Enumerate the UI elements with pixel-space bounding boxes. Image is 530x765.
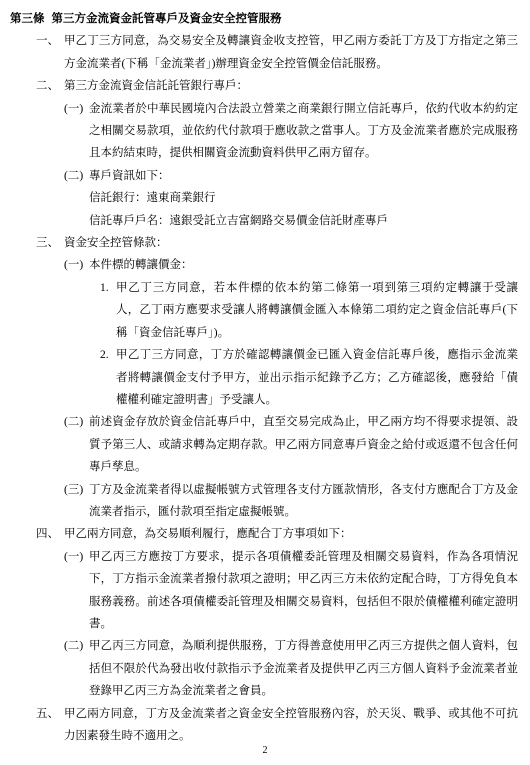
article-heading: 第三條 第三方金流資金託管專戶及資金安全控管服務 (10, 8, 518, 30)
clause-5: 五、 甲乙兩方同意，丁方及金流業者之資金安全控管服務內容，於天災、戰爭、或其他不… (36, 703, 518, 748)
clause-2-item-2: (二) 專戶資訊如下： 信託銀行：遠東商業銀行 信託專戶戶名：遠銀受託立吉富網路… (64, 165, 518, 232)
clause-2-text: 第三方金流資金信託託管銀行專戶： (64, 75, 518, 97)
clause-3-item-2: (二) 前述資金存放於資金信託專戶中，直至交易完成為止，甲乙兩方均不得要求提領、… (64, 411, 518, 478)
clause-3-item-1-num-2: 2. 甲乙丁三方同意，丁方於確認轉讓價金已匯入資金信託專戶後，應指示金流業者將轉… (100, 344, 518, 411)
article-number: 第三條 (10, 8, 45, 30)
clause-2-item-1-marker: (一) (64, 98, 89, 165)
clause-3: 三、 資金安全控管條款： (一) 本件標的轉讓價金： 1. 甲乙丁三方同意，若本… (36, 232, 518, 523)
num-2-text: 甲乙丁三方同意，丁方於確認轉讓價金已匯入資金信託專戶後，應指示金流業者將轉讓價金… (116, 344, 518, 411)
clause-5-text: 甲乙兩方同意，丁方及金流業者之資金安全控管服務內容，於天災、戰爭、或其他不可抗力… (64, 703, 518, 748)
clause-3-item-1-num-1: 1. 甲乙丁三方同意，若本件標的依本約第二條第一項到第三項約定轉讓于受讓人，乙丁… (100, 277, 518, 344)
clause-3-text: 資金安全控管條款： (64, 232, 518, 254)
article-title: 第三方金流資金託管專戶及資金安全控管服務 (52, 8, 282, 30)
num-2-marker: 2. (100, 344, 116, 411)
clause-2: 二、 第三方金流資金信託託管銀行專戶： (一) 金流業者於中華民國境內合法設立營… (36, 75, 518, 232)
clause-2-item-1-text: 金流業者於中華民國境內合法設立營業之商業銀行開立信託專戶，依約代收本約約定之相關… (89, 98, 518, 165)
trust-account-name-line: 信託專戶戶名：遠銀受託立吉富網路交易價金信託財產專戶 (89, 210, 518, 232)
clause-3-marker: 三、 (36, 232, 64, 523)
clause-3-item-3-marker: (三) (64, 479, 89, 524)
clause-3-item-1: (一) 本件標的轉讓價金： 1. 甲乙丁三方同意，若本件標的依本約第二條第一項到… (64, 254, 518, 411)
contract-page: 第三條 第三方金流資金託管專戶及資金安全控管服務 一、 甲乙丁三方同意，為交易安… (0, 0, 530, 765)
clause-3-item-2-text: 前述資金存放於資金信託專戶中，直至交易完成為止，甲乙兩方均不得要求提領、設質予第… (89, 411, 518, 478)
clause-5-marker: 五、 (36, 703, 64, 748)
clause-4-item-1-marker: (一) (64, 546, 89, 636)
clause-2-marker: 二、 (36, 75, 64, 232)
trust-bank-line: 信託銀行：遠東商業銀行 (89, 187, 518, 209)
clause-3-item-3: (三) 丁方及金流業者得以虛擬帳號方式管理各支付方匯款情形，各支付方應配合丁方及… (64, 479, 518, 524)
clause-3-item-2-marker: (二) (64, 411, 89, 478)
page-number: 2 (0, 745, 530, 757)
clause-4-item-1-text: 甲乙丙三方應按丁方要求，提示各項債權委託管理及相關交易資料，作為各項情況下，丁方… (89, 546, 518, 636)
clause-2-item-2-marker: (二) (64, 165, 89, 232)
clause-1-text: 甲乙丁三方同意，為交易安全及轉讓資金收支控管，甲乙兩方委託丁方及丁方指定之第三方… (64, 30, 518, 75)
clause-3-item-1-marker: (一) (64, 254, 89, 411)
clause-4-item-1: (一) 甲乙丙三方應按丁方要求，提示各項債權委託管理及相關交易資料，作為各項情況… (64, 546, 518, 636)
clause-1: 一、 甲乙丁三方同意，為交易安全及轉讓資金收支控管，甲乙兩方委託丁方及丁方指定之… (36, 30, 518, 75)
clause-1-marker: 一、 (36, 30, 64, 75)
num-1-text: 甲乙丁三方同意，若本件標的依本約第二條第一項到第三項約定轉讓于受讓人，乙丁兩方應… (116, 277, 518, 344)
clause-3-item-3-text: 丁方及金流業者得以虛擬帳號方式管理各支付方匯款情形，各支付方應配合丁方及金流業者… (89, 479, 518, 524)
clause-3-item-1-text: 本件標的轉讓價金： (89, 254, 518, 276)
clause-2-item-2-text: 專戶資訊如下： (89, 165, 518, 187)
clause-4-text: 甲乙兩方同意，為交易順利履行，應配合丁方事項如下： (64, 523, 518, 545)
clause-4-item-2: (二) 甲乙丙三方同意，為順利提供服務，丁方得善意使用甲乙丙三方提供之個人資料，… (64, 635, 518, 702)
clause-4: 四、 甲乙兩方同意，為交易順利履行，應配合丁方事項如下： (一) 甲乙丙三方應按… (36, 523, 518, 702)
clause-2-item-1: (一) 金流業者於中華民國境內合法設立營業之商業銀行開立信託專戶，依約代收本約約… (64, 98, 518, 165)
num-1-marker: 1. (100, 277, 116, 344)
clause-4-item-2-text: 甲乙丙三方同意，為順利提供服務，丁方得善意使用甲乙丙三方提供之個人資料，包括但不… (89, 635, 518, 702)
clause-4-marker: 四、 (36, 523, 64, 702)
clause-4-item-2-marker: (二) (64, 635, 89, 702)
